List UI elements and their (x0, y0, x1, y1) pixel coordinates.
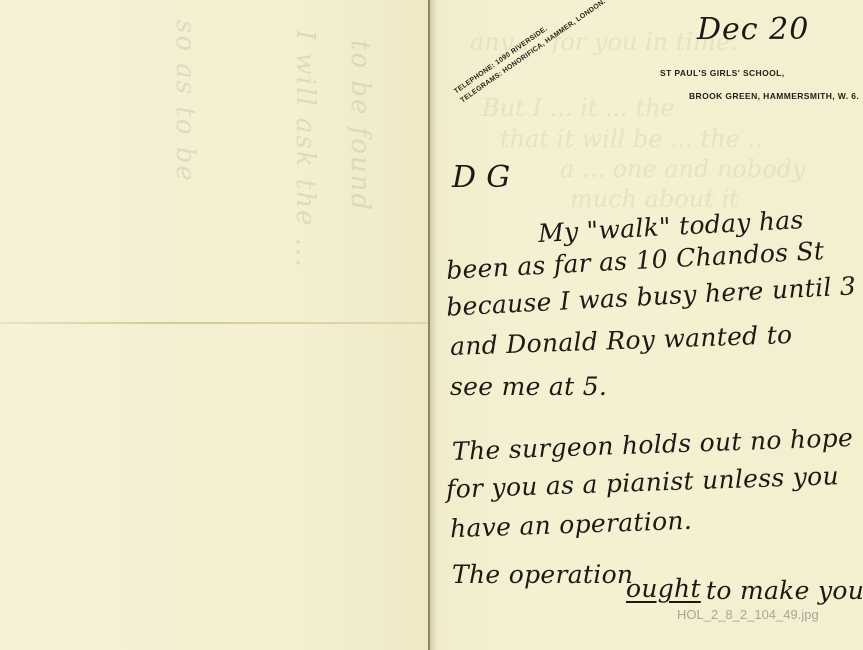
letterhead-school-name: ST PAUL'S GIRLS' SCHOOL, (660, 68, 784, 78)
letter-date: Dec 20 (697, 12, 809, 47)
bleed-through-column: so as to be (170, 20, 200, 183)
filename-watermark: HOL_2_8_2_104_49.jpg (677, 606, 857, 623)
spine-shadow (430, 0, 438, 650)
letter-scan: so as to be I will ask the ... to be fou… (0, 0, 863, 650)
horizontal-fold-line (0, 322, 428, 324)
letter-line-continuation: to make you (706, 576, 863, 605)
bleed-through-line: that it will be ... the .. (500, 125, 763, 153)
bleed-through-line: But I ... it ... the (482, 94, 675, 122)
underlined-word: ought (626, 574, 701, 603)
letter-line: The operation (452, 560, 633, 589)
left-page: so as to be I will ask the ... to be fou… (0, 0, 428, 650)
salutation: D G (452, 160, 510, 195)
letter-line: see me at 5. (450, 372, 607, 401)
letterhead-address: BROOK GREEN, HAMMERSMITH, W. 6. (689, 91, 859, 101)
bleed-through-line: a ... one and nobody (560, 155, 806, 183)
bleed-through-column: to be found (345, 40, 375, 212)
bleed-through-column: I will ask the ... (290, 30, 320, 269)
